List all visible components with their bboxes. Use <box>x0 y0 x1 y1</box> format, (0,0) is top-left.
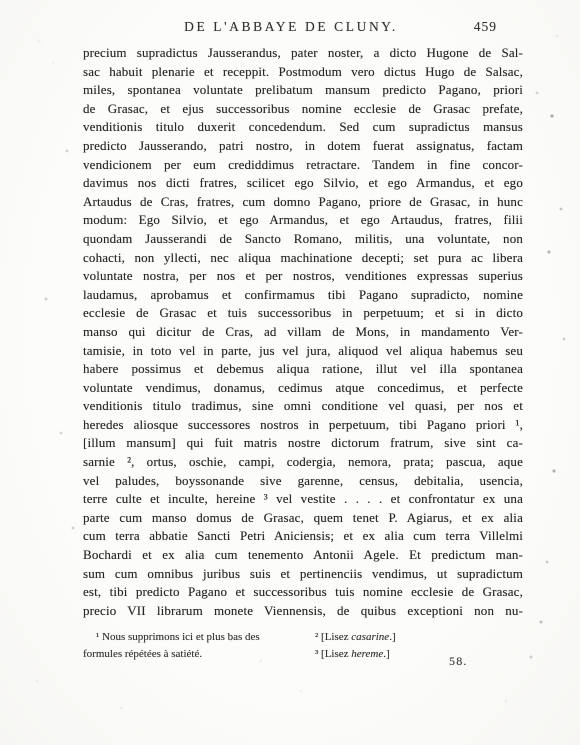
footnote-text: .] <box>383 648 389 660</box>
body-line: parte cum manso domus de Grasac, quem te… <box>83 509 523 528</box>
body-line: tamisie, in toto vel in parte, jus vel j… <box>83 342 523 361</box>
body-line: venditionis titulo tradimus, sine omni c… <box>83 397 523 416</box>
footnote-line: formules répétées à satiété. <box>83 646 307 663</box>
body-line: modum: Ego Silvio, et ego Armandus, et e… <box>83 211 523 230</box>
footnote-line: ¹ Nous supprimons ici et plus bas des <box>83 629 307 646</box>
body-line: predicto Jausserando, patri nostro, in d… <box>83 137 523 156</box>
body-line: vendicionem per eum crediddimus retracta… <box>83 156 523 175</box>
body-line: venditionis titulo duxerit concedendum. … <box>83 118 523 137</box>
body-line: cohacti, non yllecti, nec aliqua machina… <box>83 249 523 268</box>
body-line: precium supradictus Jausserandus, pater … <box>83 44 523 63</box>
running-title: DE L'ABBAYE DE CLUNY. <box>71 19 511 35</box>
body-line: heredes aliosque successores nostros in … <box>83 416 523 435</box>
body-line: sac habuit plenarie et receppit. Postmod… <box>83 63 523 82</box>
body-line: manso qui dicitur de Cras, ad villam de … <box>83 323 523 342</box>
footnote-text: ² [Lisez <box>315 631 351 643</box>
page-header: DE L'ABBAYE DE CLUNY. 459 <box>83 19 523 37</box>
body-line: precio VII librarum monete Viennensis, d… <box>83 602 523 621</box>
body-line: laudamus, aprobamus et confirmamus tibi … <box>83 286 523 305</box>
body-line: quondam Jausserandi de Sancto Romano, mi… <box>83 230 523 249</box>
scan-noise-speckles <box>0 0 2 2</box>
body-line: habere possimus et debemus aliqua ration… <box>83 360 523 379</box>
body-line: voluntate vendimus, donamus, cedimus atq… <box>83 379 523 398</box>
scanned-book-page: DE L'ABBAYE DE CLUNY. 459 precium suprad… <box>0 0 580 745</box>
footnote-text: .] <box>389 631 395 643</box>
body-line: Bochardi et ex alia cum tenemento Antoni… <box>83 546 523 565</box>
footnote-text: ³ [Lisez <box>315 648 351 660</box>
body-line: sum cum omnibus juribus suis et pertinen… <box>83 565 523 584</box>
body-line: [illum mansum] qui fuit matris nostre di… <box>83 434 523 453</box>
signature-mark: 58. <box>449 654 468 669</box>
footnote-italic-term: hereme <box>351 648 383 660</box>
footnote-line: ² [Lisez casarine.] <box>315 629 523 646</box>
body-line: est, tibi predicto Pagano et successorib… <box>83 583 523 602</box>
body-line: de Grasac, et ejus successoribus nomine … <box>83 100 523 119</box>
body-line: vel paludes, boyssonande sive garenne, c… <box>83 472 523 491</box>
footnote-line: ³ [Lisez hereme.] <box>315 646 523 663</box>
body-line: davimus nos dicti fratres, scilicet ego … <box>83 174 523 193</box>
body-line: cum terra abbatie Sancti Petri Aniciensi… <box>83 527 523 546</box>
body-line: miles, spontanea voluntate prelibatum ma… <box>83 81 523 100</box>
page-number: 459 <box>474 19 497 35</box>
body-line: sarnie ², ortus, oschie, campi, codergia… <box>83 453 523 472</box>
footnote-left-column: ¹ Nous supprimons ici et plus bas des fo… <box>83 629 307 662</box>
body-text: precium supradictus Jausserandus, pater … <box>83 44 523 620</box>
footnote-right-column: ² [Lisez casarine.] ³ [Lisez hereme.] <box>307 629 523 662</box>
body-line: Artaudus de Cras, fratres, cum domno Pag… <box>83 193 523 212</box>
body-line: voluntate nostra, per nos et per nostros… <box>83 267 523 286</box>
body-line: ecclesie de Grasac et tuis successoribus… <box>83 304 523 323</box>
footnote-italic-term: casarine <box>351 631 389 643</box>
body-line: terre culte et inculte, hereine ³ vel ve… <box>83 490 523 509</box>
